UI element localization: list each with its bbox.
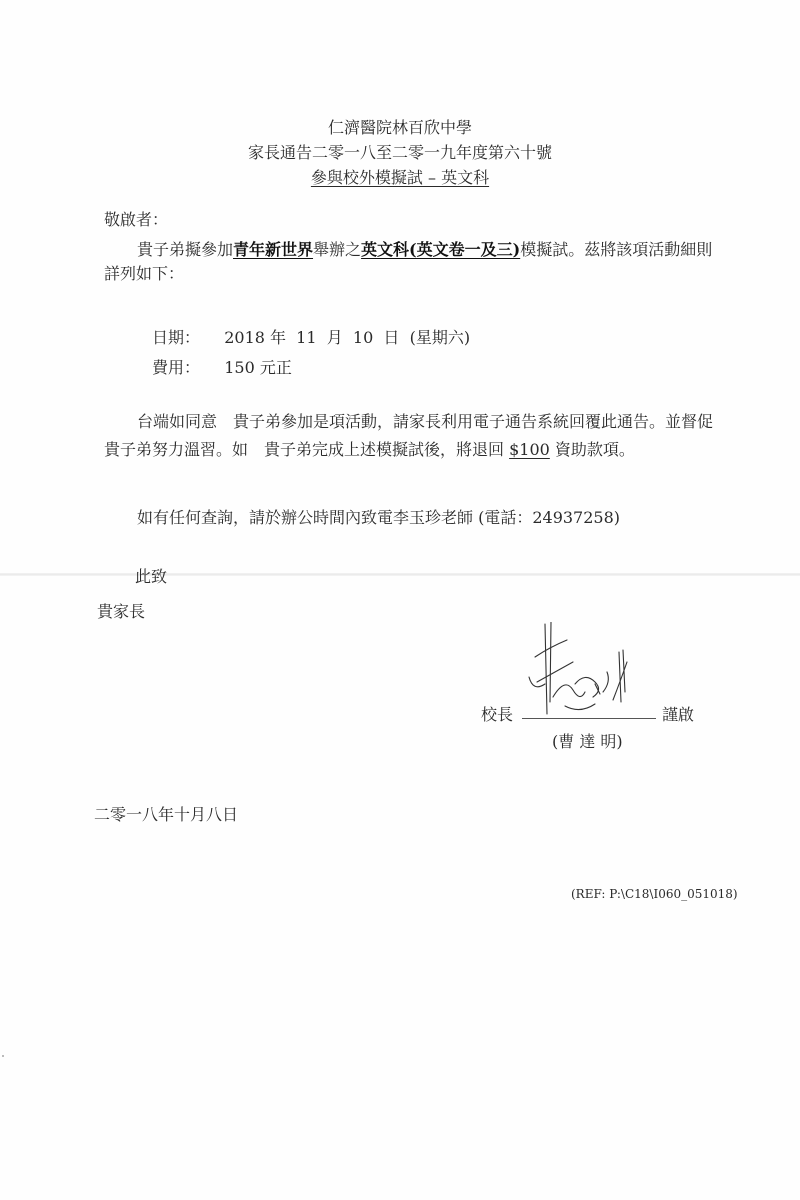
date-label: 日期：: [152, 328, 200, 347]
exam-subject: 英文科(英文卷一及三): [361, 240, 520, 259]
intro-suffix: 模擬試。茲將該項活動細則: [520, 240, 712, 259]
principal-title: 校長: [481, 705, 513, 725]
intro-line-2: 詳列如下：: [104, 264, 184, 284]
notice-number: 家長通告二零一八至二零一九年度第六十號: [0, 143, 800, 163]
consent-line-2-prefix: 貴子弟努力溫習。如 貴子弟完成上述模擬試後，將退回: [104, 440, 504, 459]
issue-date: 二零一八年十月八日: [94, 805, 238, 825]
notice-page: 仁濟醫院林百欣中學 家長通告二零一八至二零一九年度第六十號 參與校外模擬試 – …: [0, 0, 800, 1200]
signature-line: [522, 718, 656, 719]
consent-line-1: 台端如同意 貴子弟參加是項活動，請家長利用電子通告系統回覆此通告。並督促: [137, 412, 713, 432]
fee-value: 150 元正: [224, 358, 292, 377]
enquiry-line: 如有任何查詢，請於辦公時間內致電李玉珍老師 (電話：24937258): [137, 508, 620, 528]
reference-code: (REF: P:\C18\I060_051018): [571, 886, 738, 902]
respectfully-text: 謹啟: [662, 705, 694, 725]
scan-fold-line: [0, 573, 800, 576]
notice-subject-text: 參與校外模擬試 – 英文科: [311, 168, 489, 187]
fee-label: 費用：: [152, 358, 200, 377]
date-value: 2018 年 11 月 10 日 (星期六): [224, 328, 470, 347]
school-name: 仁濟醫院林百欣中學: [0, 118, 800, 138]
notice-subject: 參與校外模擬試 – 英文科: [0, 168, 800, 188]
closing-line-1: 此致: [135, 567, 167, 587]
organizer-name: 青年新世界: [233, 240, 313, 259]
intro-prefix: 貴子弟擬參加: [137, 240, 233, 259]
salutation: 敬啟者：: [104, 210, 168, 230]
date-row: 日期： 2018 年 11 月 10 日 (星期六): [152, 328, 470, 348]
fee-row: 費用： 150 元正: [152, 358, 292, 378]
intro-middle: 舉辦之: [313, 240, 361, 259]
principal-signature-icon: [525, 622, 655, 722]
consent-line-2: 貴子弟努力溫習。如 貴子弟完成上述模擬試後，將退回 $100 資助款項。: [104, 440, 635, 460]
intro-line-1: 貴子弟擬參加青年新世界舉辦之英文科(英文卷一及三)模擬試。茲將該項活動細則: [137, 240, 712, 260]
scan-artifact: [2, 1055, 4, 1057]
consent-line-2-suffix: 資助款項。: [555, 440, 635, 459]
closing-line-2: 貴家長: [97, 602, 145, 622]
refund-amount: $100: [509, 440, 550, 459]
principal-name: (曹 達 明): [552, 732, 623, 752]
